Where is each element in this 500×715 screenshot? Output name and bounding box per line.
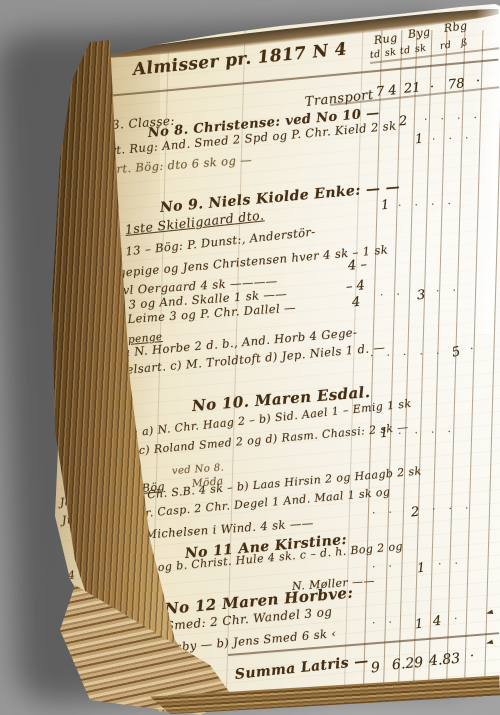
cell-value: 1: [416, 561, 426, 577]
column-header-byg: Byg: [407, 25, 431, 41]
summary-value: 9: [370, 660, 380, 677]
cell-value: 1: [380, 198, 390, 214]
transport-value: 21: [403, 80, 421, 96]
dot-filler: ··: [438, 556, 471, 570]
dot-filler: ··: [380, 287, 413, 301]
dot-filler: ·: [454, 612, 471, 626]
dot-filler: ··: [372, 615, 405, 629]
dot-filler: ··: [436, 283, 469, 297]
dot-filler: ··: [372, 559, 405, 573]
transport-value: 78: [447, 76, 465, 92]
summary-label: Summa Latris —: [234, 653, 369, 683]
cell-value: 2: [410, 505, 420, 521]
dot-filler: ····: [424, 111, 490, 126]
ink-mark: ◄: [485, 607, 494, 618]
dot-filler: ····: [398, 197, 464, 212]
cell-value: 2: [398, 114, 408, 130]
cell-value: 1: [414, 132, 424, 148]
column-unit: td: [399, 45, 411, 57]
transport-value: 7 4: [375, 83, 397, 100]
dot-filler: ··: [372, 505, 405, 519]
cell-value: 4: [351, 295, 361, 311]
ink-mark: ◄: [485, 637, 494, 648]
entry-no9-heading: No 9. Niels Kiolde Enke: — —: [159, 179, 400, 216]
column-unit: sk: [384, 47, 397, 59]
summary-value: 6.29: [391, 655, 423, 674]
column-unit: ß: [460, 37, 468, 49]
transport-value: ·: [429, 80, 434, 95]
column-header-rug: Rug: [373, 31, 398, 47]
cell-value: 1: [414, 617, 424, 633]
cell-value: 4 –: [347, 257, 367, 274]
cell-value: 4: [432, 614, 442, 630]
column-unit: sk: [414, 43, 427, 55]
dot-filler: ·: [470, 342, 487, 356]
dot-filler: ····: [398, 425, 464, 440]
ledger-photo: Rug Byg Rbg td sk td sk rd ß Almisser pr…: [0, 0, 500, 715]
summary-value: 4.83: [428, 651, 460, 670]
column-unit: rd: [439, 40, 452, 52]
cell-value: 1: [379, 426, 389, 442]
cell-value: – 4: [345, 278, 365, 295]
dot-filler: ·····: [370, 347, 453, 363]
dot-filler: ···: [432, 501, 482, 516]
dot-filler: ···: [432, 131, 482, 146]
summary-value: ·: [469, 649, 474, 664]
column-unit: td: [369, 49, 381, 61]
cell-value: 3: [416, 288, 426, 304]
